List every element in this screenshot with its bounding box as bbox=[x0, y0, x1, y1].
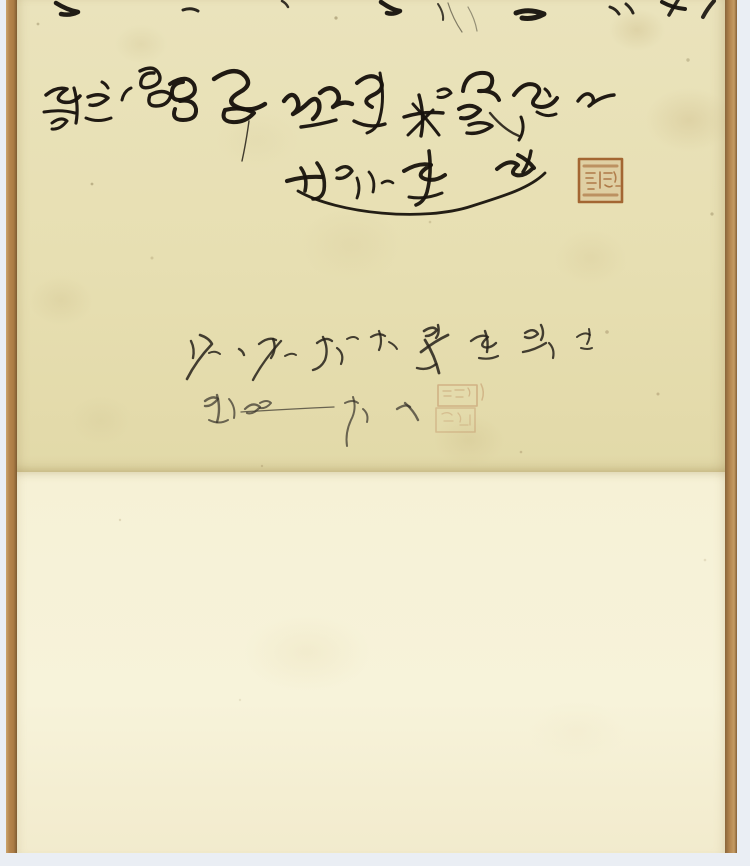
mounting-border-left bbox=[6, 0, 17, 853]
calligraphy-paper-upper bbox=[17, 0, 725, 472]
artwork-photo bbox=[0, 0, 750, 866]
mounting-border-right bbox=[725, 0, 737, 853]
blank-paper-lower bbox=[17, 472, 725, 853]
handscroll bbox=[0, 0, 750, 853]
